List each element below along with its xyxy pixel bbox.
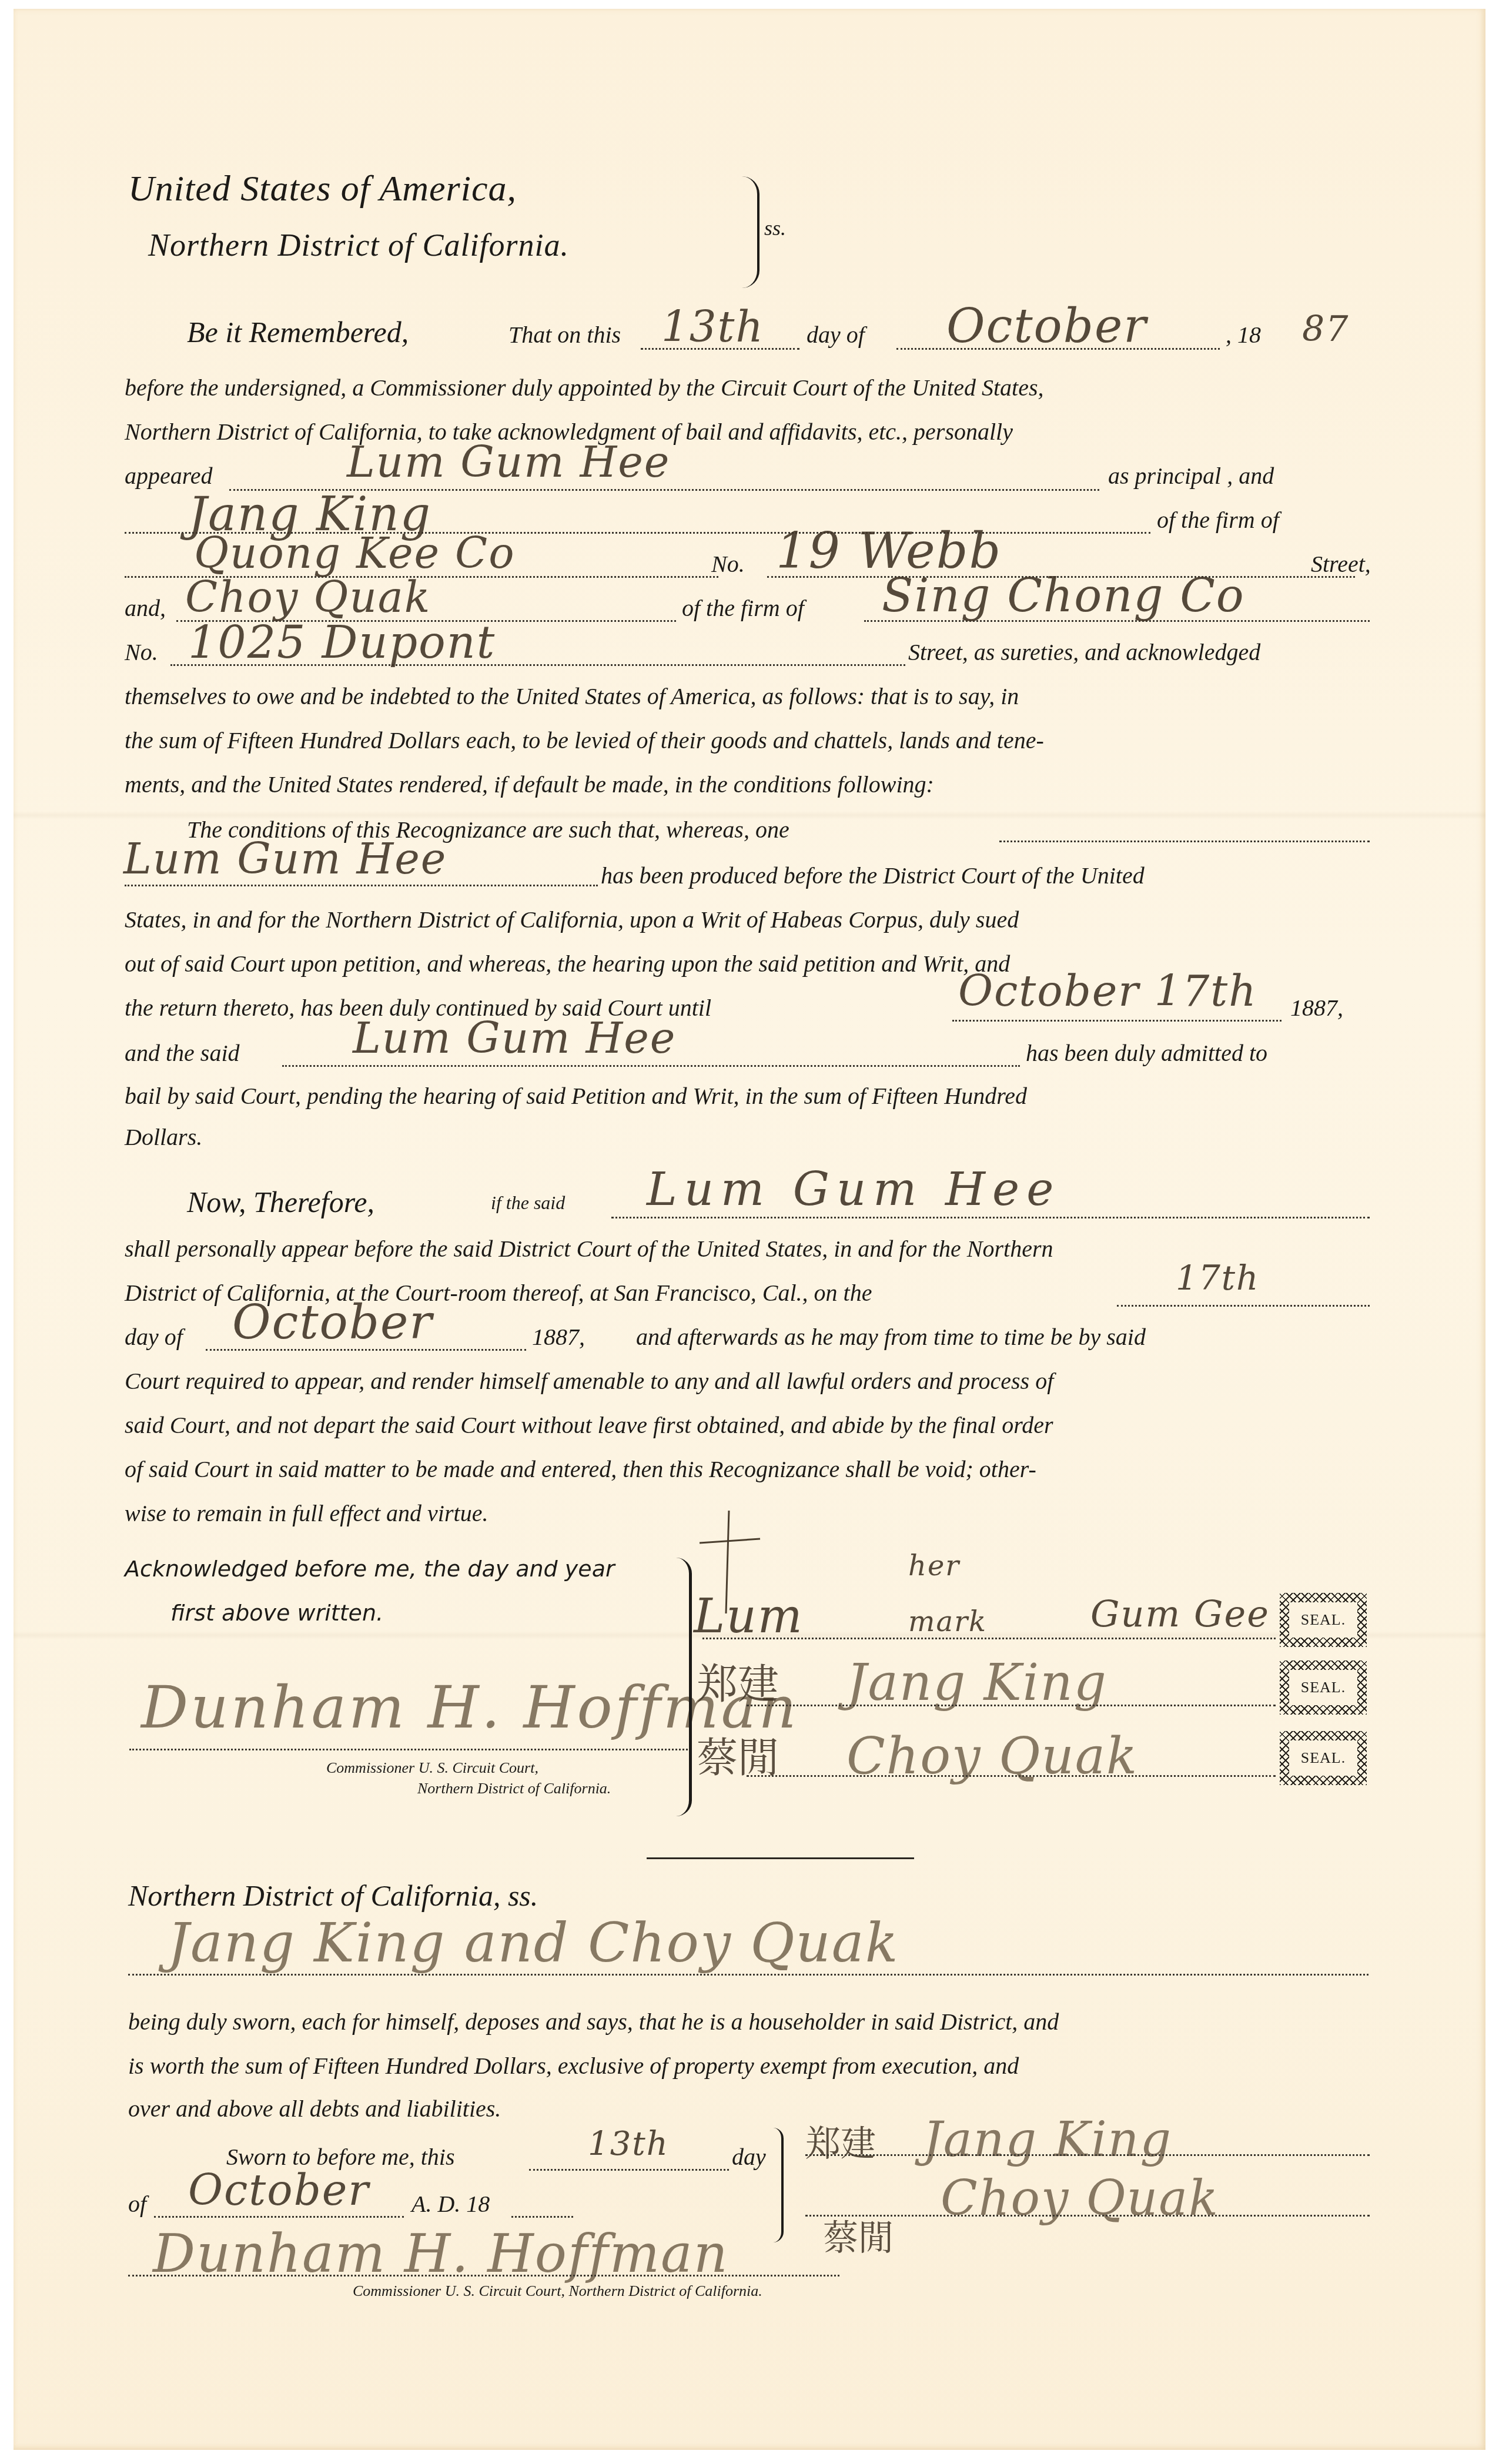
of-the-firm-label: of the firm of [1157,508,1279,532]
signatory-1-line [702,1638,1276,1639]
sworn-brace [773,2128,784,2242]
sworn-month-field[interactable]: October [188,2169,370,2211]
year-prefix: , 18 [1226,323,1261,347]
signatory-3-signature[interactable]: Choy Quak [846,1731,1138,1782]
seal-box: SEAL. [1280,1731,1367,1785]
admitted-field-line [282,1065,1020,1067]
bail-line: bail by said Court, pending the hearing … [125,1084,1027,1108]
body-line: themselves to owe and be indebted to the… [125,685,1019,708]
day-field[interactable]: 13th [661,306,764,348]
dollars-label: Dollars. [125,1126,202,1149]
street2-field[interactable]: 1025 Dupont [188,620,496,665]
affidavit-commissioner-title: Commissioner U. S. Circuit Court, Northe… [353,2284,762,2299]
produced-clause: has been produced before the District Co… [601,864,1145,888]
appear-field-line [611,1217,1370,1218]
and-label: and, [125,597,166,620]
appeared-label: appeared [125,464,213,488]
affidavit-commissioner-signature[interactable]: Dunham H. Hoffman [153,2228,729,2281]
appear-day-field[interactable]: 17th [1176,1261,1259,1295]
body-line: ments, and the United States rendered, i… [125,773,934,796]
appear-month-field[interactable]: October [232,1299,433,1346]
of-the-firm-label-2: of the firm of [682,597,804,620]
that-on-this-label: That on this [508,323,621,347]
street-label: Street, [1311,553,1371,576]
day-of-label-2: day of [125,1325,183,1349]
appear-field[interactable]: Lum Gum Hee [647,1167,1060,1213]
street-sureties-label: Street, as sureties, and acknowledged [908,641,1260,664]
affidavit-line: being duly sworn, each for himself, depo… [128,2010,1059,2034]
principal-field[interactable]: Lum Gum Hee [347,441,670,483]
seal-label: SEAL. [1289,1740,1357,1776]
commissioner-signature-line [129,1749,688,1750]
signatory-2-signature[interactable]: Jang King [846,1658,1107,1708]
firm1-field[interactable]: Quong Kee Co [194,532,516,574]
year-field[interactable]: 87 [1302,312,1349,347]
as-principal-label: as principal , and [1108,464,1274,488]
shall-line: shall personally appear before the said … [125,1237,1053,1261]
be-it-remembered: Be it Remembered, [187,317,409,347]
firm2-field[interactable]: Sing Chong Co [882,573,1245,619]
affidavit-line: over and above all debts and liabilities… [128,2097,501,2121]
header-line1: United States of America, [128,170,517,207]
if-the-said-label: if the said [491,1193,565,1212]
acknowledged-line1: Acknowledged before me, the day and year [125,1558,615,1580]
ad-year-line [511,2216,573,2218]
affidavit-commissioner-line [128,2275,839,2276]
signature-brace [676,1558,692,1816]
final-line: Court required to appear, and render him… [125,1370,1053,1393]
body-line: the sum of Fifteen Hundred Dollars each,… [125,729,1044,752]
final-line: wise to remain in full effect and virtue… [125,1502,488,1525]
of-label: of [128,2192,146,2216]
seal-box: SEAL. [1280,1660,1367,1715]
seal-box: SEAL. [1280,1593,1367,1647]
commissioner-title-line2: Northern District of California. [417,1781,611,1796]
afterwards-clause: and afterwards as he may from time to ti… [636,1325,1146,1349]
surety2-field[interactable]: Choy Quak [185,576,431,618]
appear-day-field-line [1117,1305,1370,1307]
section-divider [647,1857,914,1859]
affidavit-line: is worth the sum of Fifteen Hundred Doll… [128,2054,1019,2078]
appear-year: 1887, [532,1325,585,1349]
no-label-2: No. [125,641,158,664]
continued-field[interactable]: October 17th [958,970,1257,1012]
day-of-label: day of [807,323,865,347]
commissioner-title-line1: Commissioner U. S. Circuit Court, [326,1760,538,1776]
no-label: No. [711,553,745,576]
signatory-1-first[interactable]: Lum [694,1593,804,1640]
header-line2: Northern District of California. [148,229,569,261]
affidavit-sig1-chinese: 郑建 [805,2116,876,2167]
whereas-field-line-top [999,841,1370,842]
affidavit-sig2-chinese: 蔡閒 [823,2210,894,2261]
final-line: said Court, and not depart the said Cour… [125,1414,1053,1437]
sworn-day-field-line [529,2169,729,2171]
and-the-said-label: and the said [125,1042,240,1065]
cond-line: out of said Court upon petition, and whe… [125,952,1010,976]
continued-field-line [952,1020,1281,1022]
mark-her-label: her [908,1552,960,1580]
signatory-1-last[interactable]: Gum Gee [1090,1596,1270,1632]
signatory-2-line [747,1705,1276,1706]
affidavit-sig2-line [805,2215,1370,2217]
cond-line: States, in and for the Northern District… [125,908,1019,932]
affidavit-sig1-line [805,2154,1370,2156]
admitted-field[interactable]: Lum Gum Hee [353,1017,676,1059]
header-ss: ss. [764,217,786,239]
continued-year: 1887, [1290,996,1343,1020]
sureties-field[interactable]: Jang King and Choy Quak [168,1916,899,1970]
affidavit-heading: Northern District of California, ss. [128,1881,538,1910]
seal-label: SEAL. [1289,1602,1357,1638]
mark-label: mark [908,1608,987,1636]
ad-label: A. D. 18 [411,2192,490,2216]
day-label: day [732,2145,766,2169]
commissioner-clause: before the undersigned, a Commissioner d… [125,376,1044,400]
affidavit-sig1[interactable]: Jang King [923,2116,1172,2164]
now-therefore: Now, Therefore, [187,1187,374,1217]
street1-field[interactable]: 19 Webb [776,526,1002,575]
sworn-day-field[interactable]: 13th [588,2128,669,2161]
whereas-field-line [125,885,598,886]
final-line: of said Court in said matter to be made … [125,1458,1036,1481]
admitted-clause: has been duly admitted to [1026,1042,1267,1065]
month-field[interactable]: October [946,303,1147,350]
signatory-3-line [747,1775,1276,1777]
whereas-field[interactable]: Lum Gum Hee [123,838,447,880]
acknowledged-line2: first above written. [170,1602,383,1624]
sworn-month-field-line [154,2216,404,2218]
seal-label: SEAL. [1289,1670,1357,1705]
header-brace [742,176,759,288]
signatory-2-chinese: 郑建 [697,1652,779,1711]
